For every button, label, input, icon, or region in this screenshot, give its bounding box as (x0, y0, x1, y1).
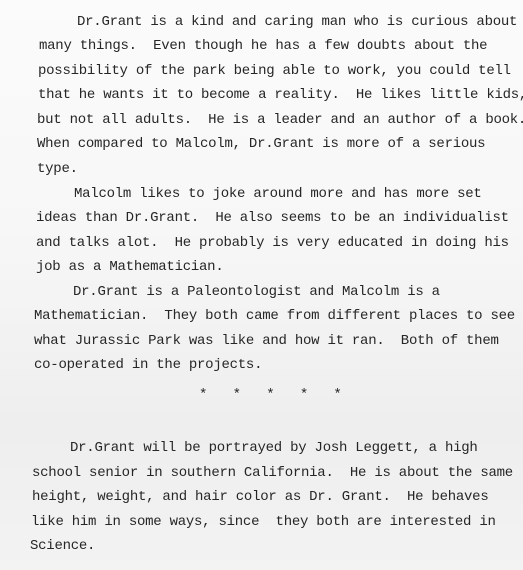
text-line: but not all adults. He is a leader and a… (37, 111, 523, 129)
text-line: possibility of the park being able to wo… (38, 62, 511, 80)
text-line: that he wants it to become a reality. He… (38, 86, 523, 104)
text-line: many things. Even though he has a few do… (39, 37, 487, 55)
text-line: school senior in southern California. He… (32, 464, 513, 482)
text-line: what Jurassic Park was like and how it r… (34, 332, 499, 350)
text-line: Dr.Grant will be portrayed by Josh Legge… (70, 439, 478, 457)
text-line: co-operated in the projects. (34, 356, 262, 374)
document-page: Dr.Grant is a kind and caring man who is… (0, 0, 523, 570)
text-line: height, weight, and hair color as Dr. Gr… (32, 488, 488, 506)
text-line: and talks alot. He probably is very educ… (36, 234, 509, 252)
section-separator: * * * * * (199, 387, 342, 403)
text-line: When compared to Malcolm, Dr.Grant is mo… (37, 135, 485, 153)
text-line: Science. (30, 537, 95, 555)
text-line: type. (37, 160, 78, 178)
text-line: like him in some ways, since they both a… (31, 513, 496, 531)
text-line: Malcolm likes to joke around more and ha… (74, 185, 482, 203)
text-line: ideas than Dr.Grant. He also seems to be… (36, 209, 509, 227)
text-line: Dr.Grant is a kind and caring man who is… (77, 13, 517, 31)
text-line: Dr.Grant is a Paleontologist and Malcolm… (73, 283, 440, 301)
text-line: Mathematician. They both came from diffe… (34, 307, 515, 325)
text-line: job as a Mathematician. (36, 258, 223, 276)
